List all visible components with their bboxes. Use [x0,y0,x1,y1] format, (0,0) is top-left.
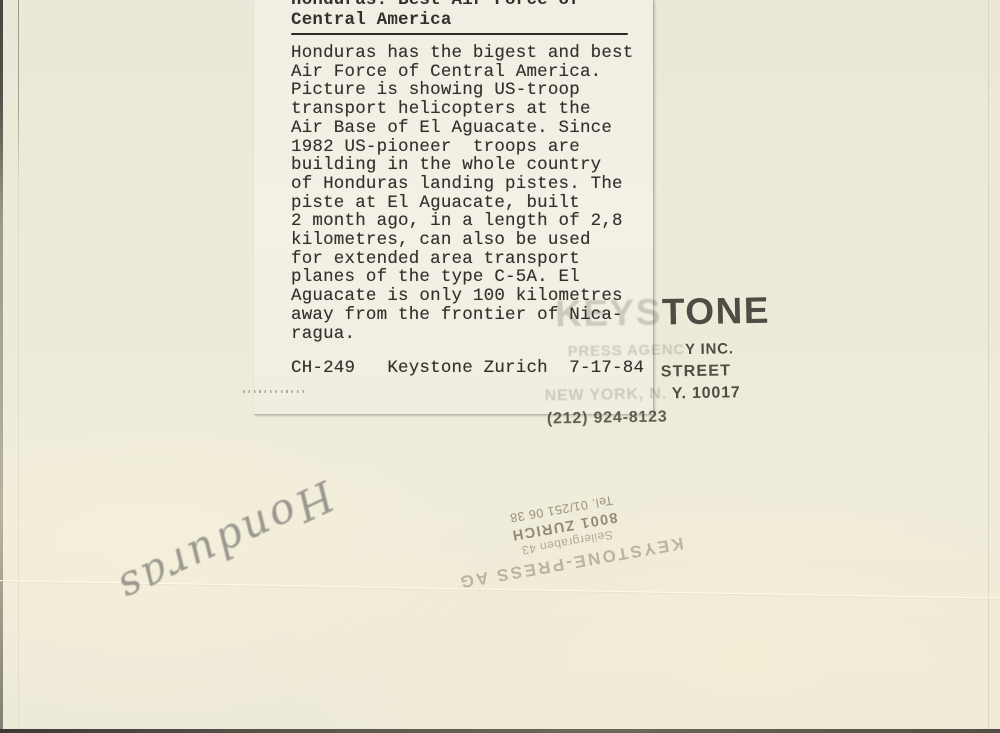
handwritten-note: Honduras [82,444,369,642]
paper-edge-bottom [0,729,1000,733]
ny-stamp-city-line: NEW YORK, N. Y. 10017 [545,384,741,405]
paper-edge-right [988,0,989,733]
keystone-zurich-stamp: KEYSTONE-PRESS AG Seilergraben 43 8001 Z… [428,432,695,594]
ny-stamp-title-faint: KEYS [555,292,662,335]
ny-stamp-street-line: STREET [661,362,732,381]
paper-edge-left [0,0,3,733]
caption-headline: Central America [291,11,452,30]
photo-verso-scan: { "caption_card": { "headline_top_cut": … [0,0,1000,733]
ny-stamp-city-dark: Y. 10017 [672,384,741,402]
ny-stamp-agency-faint: PRESS AGENC [567,341,685,360]
ny-stamp-agency-line: PRESS AGENCY INC. [567,340,733,360]
ny-stamp-agency-dark: Y INC. [685,340,734,358]
ny-stamp-city-faint: NEW YORK, N. [545,385,672,404]
caption-headline-cut: Honduras: Best Air Force of [291,0,580,10]
ny-stamp-street-dark: STREET [661,362,732,380]
ny-stamp-phone-line: (212) 924-8123 [547,408,668,428]
ny-stamp-title-dark: TONE [662,290,771,333]
paper-edge-left-inner-line [18,0,19,733]
caption-divider-rule [291,33,628,35]
perforation-dots [243,390,305,393]
ny-stamp-title: KEYSTONE [555,292,771,333]
keystone-ny-stamp: KEYSTONE PRESS AGENCY INC. STREET NEW YO… [519,292,751,436]
